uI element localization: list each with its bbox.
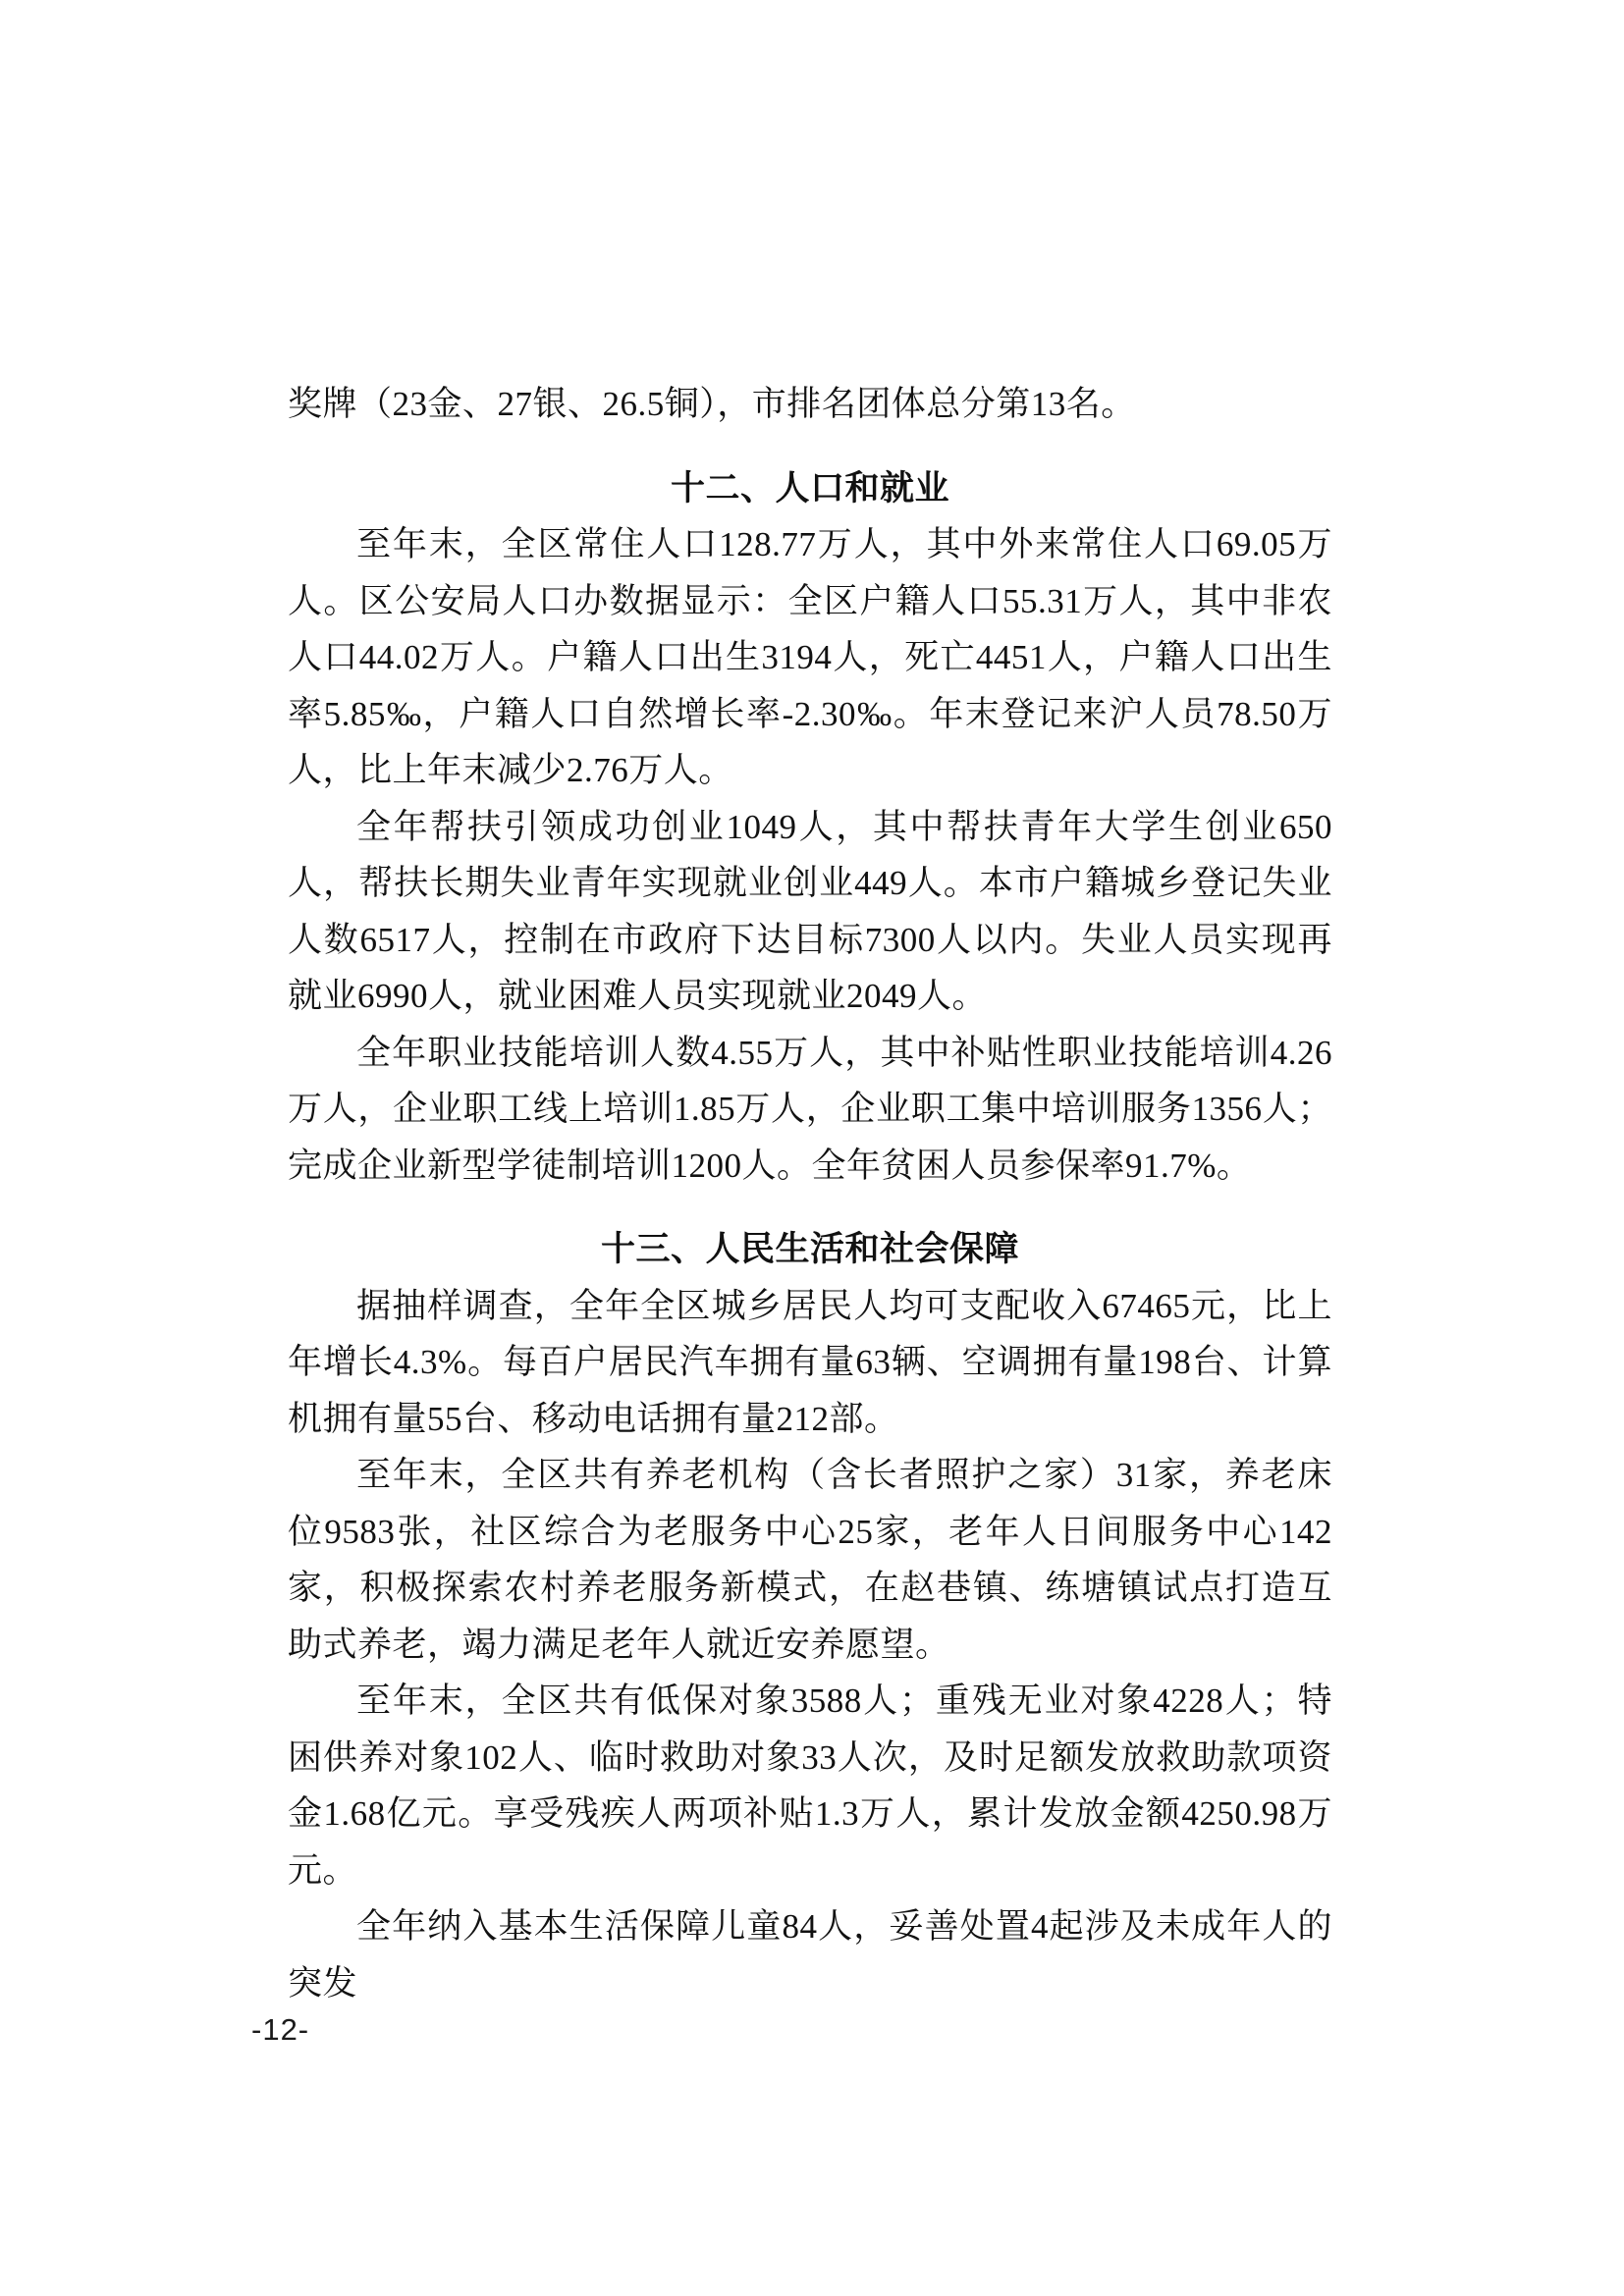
section-heading-population-employment: 十二、人口和就业 bbox=[288, 460, 1332, 517]
paragraph: 据抽样调查，全年全区城乡居民人均可支配收入67465元，比上年增长4.3%。每百… bbox=[288, 1278, 1332, 1448]
paragraph: 全年职业技能培训人数4.55万人，其中补贴性职业技能培训4.26万人，企业职工线… bbox=[288, 1025, 1332, 1195]
page-number: -12- bbox=[251, 2012, 309, 2048]
paragraph: 全年帮扶引领成功创业1049人，其中帮扶青年大学生创业650人，帮扶长期失业青年… bbox=[288, 799, 1332, 1025]
section-heading-livelihood-social-security: 十三、人民生活和社会保障 bbox=[288, 1221, 1332, 1278]
document-page: 奖牌（23金、27银、26.5铜），市排名团体总分第13名。 十二、人口和就业 … bbox=[0, 0, 1624, 2296]
document-body: 奖牌（23金、27银、26.5铜），市排名团体总分第13名。 十二、人口和就业 … bbox=[288, 376, 1332, 2011]
paragraph: 全年纳入基本生活保障儿童84人，妥善处置4起涉及未成年人的突发 bbox=[288, 1898, 1332, 2011]
paragraph: 至年末，全区共有低保对象3588人；重残无业对象4228人；特困供养对象102人… bbox=[288, 1673, 1332, 1898]
paragraph: 至年末，全区常住人口128.77万人，其中外来常住人口69.05万人。区公安局人… bbox=[288, 516, 1332, 799]
paragraph: 至年末，全区共有养老机构（含长者照护之家）31家，养老床位9583张，社区综合为… bbox=[288, 1447, 1332, 1673]
paragraph-continuation: 奖牌（23金、27银、26.5铜），市排名团体总分第13名。 bbox=[288, 376, 1332, 433]
